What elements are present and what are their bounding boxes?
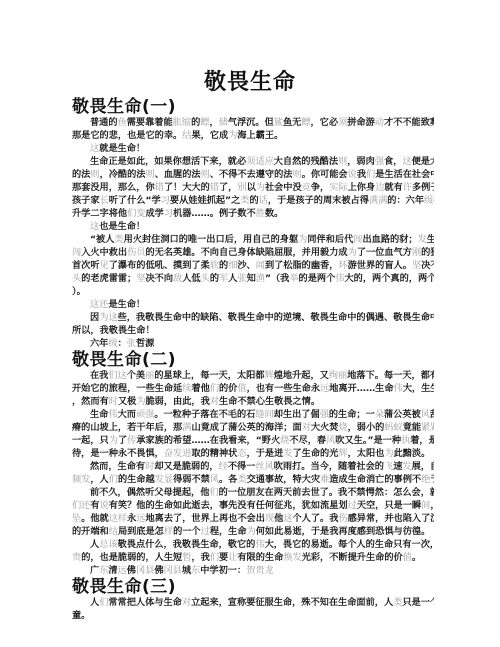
text-line: 这还是生命！ [90, 299, 434, 311]
text: 所以，我敬畏生命！ [72, 325, 155, 336]
light-text: 错 [210, 182, 219, 193]
text: 造成生命消亡的事例不 [329, 474, 421, 485]
section-heading: 敬畏生命(一) [72, 97, 176, 117]
light-text: 伤 [338, 513, 347, 524]
text: 。你可能会 [302, 169, 348, 180]
light-text: 经 [219, 461, 228, 472]
light-text: 这样 [109, 513, 127, 524]
light-text: 伤员 [127, 247, 145, 258]
light-text: 对 [182, 597, 191, 608]
text: 大，畏它的易逝。每个人的生命只有一次，生命是宝 [265, 539, 434, 550]
light-text: 对 [302, 422, 311, 433]
text-line: 开始它的旅程，一些生命延续着他们的价值，也有一些生命永远地离开……生命伟大，生生… [72, 383, 434, 395]
text: ，太阳也 [348, 448, 385, 459]
text: 我 [357, 169, 366, 180]
light-text: 为 [228, 130, 237, 141]
light-text: 见 [100, 260, 109, 271]
text: 立起来，宣称要征服生命，殊不知在生命面前，人 [191, 597, 393, 608]
light-text: 频发 [72, 474, 90, 485]
text: 上你身 [348, 182, 376, 193]
light-text: 缝间 [255, 409, 273, 420]
text: 何如此易逝，于是我再度感到恐惧与彷徨。 [256, 526, 431, 537]
light-text: 样 [164, 526, 173, 537]
text: 竟能 [403, 422, 421, 433]
light-text: 这 [90, 143, 99, 154]
light-text: 伟 [394, 383, 403, 394]
text: 用火封住洞口的唯一出口后，用自己的身躯 [124, 234, 299, 245]
text: 也是生命！ [99, 221, 145, 232]
text: 的星球上，每一天，太阳都 [154, 370, 264, 381]
text: 争， [311, 182, 329, 193]
text: 不用 [433, 195, 434, 206]
light-text: 则 [146, 169, 155, 180]
text: 人低 [182, 273, 200, 284]
light-text: 丝风 [255, 461, 273, 472]
text: 的 [210, 273, 219, 284]
text: ）。 [72, 286, 86, 297]
light-text: 丽 [145, 370, 154, 381]
text: 生火灾 [427, 234, 434, 245]
text: 首次听 [72, 260, 100, 271]
text: ，弱肉 [347, 156, 375, 167]
text: 。各 [219, 474, 237, 485]
text: 前不久，偶然听父母提起，他 [90, 487, 209, 498]
light-text: 过 [348, 500, 357, 511]
text: 哲源 [136, 338, 154, 349]
text: 速 [393, 461, 402, 472]
text: 城 [182, 565, 191, 576]
text: 是生活在社会中，大自然 [375, 169, 434, 180]
light-text: 焕发 [283, 552, 301, 563]
text: 生命不禁心生敬畏之情。 [219, 396, 320, 407]
light-text: 风 [210, 474, 219, 485]
section-heading: 敬畏生命(三) [72, 577, 176, 597]
text: 气浮沉。但 [228, 117, 274, 128]
light-text: 说 [100, 500, 109, 511]
text: ，也有一些生命永 [247, 383, 321, 394]
text: 一起，只 [72, 435, 109, 446]
light-text: 结 [109, 526, 118, 537]
light-text: 军 [219, 273, 228, 284]
light-text: 头 [201, 273, 210, 284]
text: 的是两个 [299, 273, 336, 284]
text: 因 [90, 312, 99, 323]
light-text: 朵 [375, 409, 384, 420]
text: 些，我敬畏生命中的缺陷、敬畏生命中的逆境、敬畏生命中的偶遇、敬畏生命中的一切。 [118, 312, 434, 323]
text: 决不向 [146, 273, 174, 284]
text-line: 在我们这个美丽的星球上，每一天，太阳都辉煌地升起，又绚丽地落下。每一天，都有一些… [90, 370, 434, 382]
text-line: 频发，人们的生命越发显得弱不禁风。各类交通事故，特大灾难造成生命消亡的事例不绝于… [72, 474, 434, 486]
text: 的法 [72, 169, 90, 180]
light-text: 们这 [108, 370, 126, 381]
text: 取的精神状 [191, 448, 237, 459]
light-text: 值 [403, 552, 412, 563]
text-line: 这也是生命！ [90, 221, 434, 233]
light-text: 举 [289, 273, 298, 284]
light-text: 难 [320, 474, 329, 485]
text: 沙、 [237, 260, 255, 271]
text: 入火中救出 [81, 247, 127, 258]
light-text: 们 [210, 552, 219, 563]
light-text: 绚丽 [329, 370, 347, 381]
text: 得弱不禁 [173, 474, 210, 485]
light-text: 竞 [302, 182, 311, 193]
text: 便是大自然 [412, 156, 434, 167]
light-text: 说 [348, 169, 357, 180]
text: 天空，只是一瞬 [357, 500, 421, 511]
text-line: 所以，我敬畏生命！ [72, 325, 434, 337]
light-text: 烧 [280, 435, 289, 446]
light-text: 话 [259, 195, 268, 206]
text: 生命正是如此，如果你想活下来，就必 [90, 156, 246, 167]
text: 永 [127, 513, 136, 524]
text: 童。 [72, 610, 90, 621]
text-line: 广东清远佛冈县佛冈县城东中学初一：贺贵龙 [90, 565, 434, 577]
text: 清 [108, 565, 117, 576]
text-line: 孩子家长听了什么“学习要从娃娃抓起”之类的话，于是孩子的周末被占得满满的：六年级… [72, 195, 434, 207]
text: 山竟成了蒲公英的海洋；面 [191, 422, 301, 433]
text: 多例子：三年 [412, 182, 434, 193]
light-text: 东 [99, 565, 108, 576]
light-text: 现 [265, 513, 274, 524]
text: 就有 [384, 182, 402, 193]
text: 交通事故，特大灾 [247, 474, 321, 485]
text: 大，生生不息 [403, 383, 434, 394]
text: 不尽，春 [289, 435, 326, 446]
light-text: 伟 [108, 409, 117, 420]
light-text: 风 [326, 435, 335, 446]
text: 那套没用，那么，你 [72, 182, 155, 193]
text: 拼命游 [347, 117, 375, 128]
text: 的独王；一位 [421, 247, 434, 258]
light-text: 鲨 [274, 117, 283, 128]
text: 的价 [219, 383, 237, 394]
text: 游世界的盲人。 [348, 260, 412, 271]
text-line: 们还有说有笑？他的生命如此逝去，事先没有任何征兆，犹如流星划过天空，只是一瞬间，… [72, 500, 434, 512]
light-text: 动 [375, 117, 384, 128]
section-heading: 敬畏生命(二) [72, 350, 176, 370]
text: 的：六年 [387, 195, 424, 206]
text: 需要靠着能 [127, 117, 173, 128]
text: 要从娃娃抓起”之 [170, 195, 240, 206]
light-text: 们 [210, 383, 219, 394]
light-text: 为 [384, 448, 393, 459]
light-text: 总该 [99, 539, 117, 550]
text: 才不不能致葬身大海， [384, 117, 434, 128]
text: 成学 [146, 208, 164, 219]
light-text: 为 [256, 182, 265, 193]
text: 就是生命！ [99, 143, 145, 154]
text: 了！大大的 [164, 182, 210, 193]
light-text: 许 [403, 182, 412, 193]
text: 有笑？他的生命如此逝去，事先没有任何征兆，犹如流星划 [109, 500, 348, 511]
text: 到了松脂的幽香， [265, 260, 339, 271]
light-text: 风 [421, 409, 430, 420]
text: 的一个 [173, 526, 201, 537]
text: 的 [219, 260, 228, 271]
light-text: 这 [283, 513, 292, 524]
light-text: 敌 [173, 273, 182, 284]
text: 吹雨打。当今，随着社会的 [274, 461, 384, 472]
text: 那是它的悲，也是它的幸。 [72, 130, 182, 141]
light-text: 张 [127, 338, 136, 349]
light-text: 闯 [72, 247, 81, 258]
light-text: 远 [118, 565, 127, 576]
text: ，弱小的 [348, 422, 385, 433]
text: 。他就 [81, 513, 109, 524]
light-text: 对 [210, 396, 219, 407]
light-text: 顽强 [136, 409, 154, 420]
light-text: 执 [401, 435, 410, 446]
text-line: 闯入火中救出伤员的无名英雄。不向自己身体缺陷屈服，并用毅力成为了一位血气方刚的独… [72, 247, 434, 259]
light-text: 坚 [412, 260, 421, 271]
text-line: 人们常常把人体与生命对立起来，宣称要征服生命，殊不知在生命面前，人类只是一个幼稚… [90, 597, 434, 609]
light-text: 储 [219, 117, 228, 128]
text-line: 童。 [72, 610, 434, 622]
light-text: 鳔 [301, 117, 310, 128]
text: 瘠的山坡上，若干年后，那 [72, 422, 182, 433]
text: “被人 [90, 234, 114, 245]
light-text: 强 [320, 409, 329, 420]
light-text: 发 [418, 234, 427, 245]
light-text: 冈县 [136, 565, 154, 576]
light-text: 间 [421, 500, 430, 511]
text: 又极 [118, 396, 136, 407]
text: 常常把人体与生命 [108, 597, 182, 608]
text: 待，是一种永不畏惧， [72, 448, 164, 459]
text: 决不向人 [421, 260, 434, 271]
light-text: 们 [366, 169, 375, 180]
text: 然而，生命有 [90, 461, 145, 472]
text: 吹又生。”是一种 [335, 435, 401, 446]
text: 于耳。 [430, 474, 434, 485]
text: 人 [90, 539, 99, 550]
light-text: 级 [108, 338, 117, 349]
light-text: 习 [161, 195, 170, 206]
text: 只是一个幼稚的孩 [402, 597, 434, 608]
text-line: 人总该敬畏点什么，我敬畏生命，敬它的伟大，畏它的易逝。每个人的生命只有一次，生命… [90, 539, 434, 551]
light-text: 这还 [90, 299, 108, 310]
light-text: 张 [237, 273, 246, 284]
text-line: 升学二字将他们变成学习机器……。例子数不胜数。 [72, 208, 434, 220]
text: ”（我 [265, 273, 289, 284]
text: 大火焚 [311, 422, 339, 433]
text-line: 的法则，冷酷的法则、血腥的法则、不得不去遵守的法则。你可能会说我们是生活在社会中… [72, 169, 434, 181]
light-text: 边 [375, 182, 384, 193]
text: 孩子家 [72, 195, 100, 206]
text: 同伴和后代 [307, 234, 353, 245]
light-text: 闻 [256, 260, 265, 271]
light-text: 让 [228, 552, 237, 563]
text: 感异常，并也陷入了沉思，生命 [348, 513, 434, 524]
text-line: ，然而有时又极为脆弱，由此，我对生命不禁心生敬畏之情。 [72, 396, 434, 408]
light-text: 强 [375, 156, 384, 167]
text: 光彩，不断提升生命的价 [302, 552, 403, 563]
light-text: 们 [209, 487, 218, 498]
light-text: 满满 [369, 195, 387, 206]
light-text: 值 [237, 383, 246, 394]
text-line: 普通的鱼需要靠着能胀缩的鳔，储气浮沉。但鲨鱼无鳔，它必须拼命游动才不不能致葬身大… [90, 117, 434, 129]
light-text: 紧紧 [421, 422, 434, 433]
text: 听了什么“学 [109, 195, 161, 206]
text: 他 [274, 513, 283, 524]
text-line: ）。 [72, 286, 434, 298]
light-text: 烧 [338, 422, 347, 433]
text: 食， [384, 156, 402, 167]
text: ，我 [191, 552, 209, 563]
light-text: 实际 [329, 182, 347, 193]
light-text: 须适应 [246, 156, 274, 167]
text-line: 头的老虎雷雷；坚决不向敌人低头的军人张知渔”（我举的是两个伟大的，两个真的，两个… [72, 273, 434, 285]
text: 个美 [127, 370, 145, 381]
light-text: 奋发进 [164, 448, 192, 459]
light-text: 冈县 [164, 565, 182, 576]
text: 佛 [154, 565, 163, 576]
text-line: 因为这些，我敬畏生命中的缺陷、敬畏生命中的逆境、敬畏生命中的偶遇、敬畏生命中的一… [90, 312, 434, 324]
text-line: 生命伟大而顽强。一粒种子落在不毛的石缝间却生出了倔强的生命；一朵蒲公英被风刮到一… [90, 409, 434, 421]
text-line: 那套没用，那么，你错了！大大的错了，别以为社会中没竞争，实际上你身边就有许多例子… [72, 182, 434, 194]
text: 广 [90, 565, 99, 576]
text: 煌地升起，又 [274, 370, 329, 381]
light-text: 环 [338, 260, 347, 271]
light-text: 们还 [72, 500, 90, 511]
text: 。一粒种子落在不毛的石 [154, 409, 255, 420]
text-line: 然而，生命有时却又是脆弱的，经不得一丝风吹雨打。当今，随着社会的飞速发展，自然灾… [90, 461, 434, 473]
text: 敬畏点什么，我敬畏生命，敬它的 [118, 539, 256, 550]
text: 有限的生命 [237, 552, 283, 563]
text: 大的，两个真的，两个 [344, 273, 434, 284]
text: 生命 [90, 409, 108, 420]
text-line: 这就是生命！ [90, 143, 434, 155]
text-line: 生命正是如此，如果你想活下来，就必须适应大自然的残酷法则，弱肉强食，这便是大自然… [90, 156, 434, 168]
light-text: 错 [155, 182, 164, 193]
light-text: 远 [320, 383, 329, 394]
text: 开始它的旅程，一些生命延 [72, 383, 182, 394]
text: 了一位血气方 [357, 247, 412, 258]
light-text: 发 [402, 461, 411, 472]
text-line: “被人类用火封住洞口的唯一出口后，用自己的身躯为同伴和后代闯出血路的豺；发生火灾… [90, 234, 434, 246]
text: 人 [228, 273, 237, 284]
text-line: 前不久，偶然听父母提起，他们的一位朋友在两天前去世了。我不禁愕然：怎么会，就在几… [90, 487, 434, 499]
text: 的生命；一 [329, 409, 375, 420]
text: 在我 [90, 370, 108, 381]
text: 鱼无 [283, 117, 301, 128]
text: 却又是脆弱的， [154, 461, 218, 472]
text: 却生出了倔 [274, 409, 320, 420]
light-text: 东 [191, 565, 200, 576]
text: 的 [191, 117, 200, 128]
text: 的无名英雄。不向自己身体缺陷屈服，并用毅力成 [146, 247, 348, 258]
text: 地离去了，世界上再也不会出 [146, 513, 265, 524]
text: ，它必 [311, 117, 339, 128]
text: 中学初一： [200, 565, 246, 576]
text: ： [118, 338, 127, 349]
light-text: 远 [136, 513, 145, 524]
light-text: 发显 [155, 474, 173, 485]
text: ，便永 [430, 500, 434, 511]
text: 了瀑布的低吼、摸到了柔 [109, 260, 210, 271]
light-text: 传 [127, 435, 136, 446]
text-line: 的开端和结局到底是怎样的一个过程，生命为何如此易逝，于是我再度感到恐惧与彷徨。 [72, 526, 434, 538]
text: 的，也是脆弱的，人生短 [81, 552, 182, 563]
light-text: 们 [109, 474, 118, 485]
light-text: 渔 [256, 273, 265, 284]
light-text: 长 [100, 195, 109, 206]
light-text: 过 [201, 526, 210, 537]
light-text: 胀缩 [173, 117, 191, 128]
text: 、不得不去遵守的法 [210, 169, 293, 180]
light-text: 则 [90, 169, 99, 180]
light-text: 则 [293, 169, 302, 180]
text: 数。 [265, 208, 283, 219]
light-text: 伟 [255, 539, 264, 550]
light-text: 头 [72, 273, 81, 284]
light-text: 坚 [136, 273, 145, 284]
text-line: 待，是一种永不畏惧，奋发进取的精神状态，于是迸发了生命的光辉，太阳也为此黯淡。 [72, 448, 434, 460]
text: 有 [90, 500, 99, 511]
text-line: 首次听见了瀑布的低吼、摸到了柔软的细沙、闻到了松脂的幽香，环游世界的盲人。坚决不… [72, 260, 434, 272]
text: 局到底是怎 [118, 526, 164, 537]
text: 蒲公英被 [384, 409, 421, 420]
light-text: 细 [228, 260, 237, 271]
light-text: 时 [109, 396, 118, 407]
text: 了， [219, 182, 237, 193]
text: 此黯淡。 [394, 448, 431, 459]
text: 程，生命 [210, 526, 247, 537]
text: 佛 [127, 565, 136, 576]
text-line: 贵的，也是脆弱的，人生短暂，我们要让有限的生命焕发光彩，不断提升生命的价值。 [72, 552, 434, 564]
light-text: 绝 [421, 474, 430, 485]
light-text: 时 [145, 461, 154, 472]
text: ，冷酷的法 [100, 169, 146, 180]
text: 普通的 [90, 117, 118, 128]
text: 的一位朋友在两天前去世了。我不禁愕然：怎么会，就在几天前我 [219, 487, 434, 498]
light-text: 辉 [338, 448, 347, 459]
text: 海上霸王。 [237, 130, 283, 141]
light-text: 们 [99, 597, 108, 608]
text: 着他 [191, 383, 209, 394]
light-text: 贺贵龙 [246, 565, 274, 576]
light-text: 类 [114, 234, 123, 245]
text: 是生命！ [108, 299, 145, 310]
text: 个人了。我 [293, 513, 339, 524]
text: 、血腥的法 [155, 169, 201, 180]
light-text: 态 [237, 448, 246, 459]
light-text: 坠 [72, 513, 81, 524]
text: 。 [412, 552, 421, 563]
text: 展，自然灾害的 [412, 461, 434, 472]
light-text: 为这 [99, 312, 117, 323]
text: 刮到一 [430, 409, 434, 420]
text: 果，它成 [191, 130, 228, 141]
text-line: 那是它的悲，也是它的幸。结果，它成为海上霸王。 [72, 130, 434, 142]
light-text: 类 [237, 474, 246, 485]
text: 大自然的残酷法 [274, 156, 338, 167]
text: 不得一 [228, 461, 256, 472]
text: 以 [247, 182, 256, 193]
light-text: 类 [393, 597, 402, 608]
text: 地离开……生命 [329, 383, 393, 394]
light-text: 别 [237, 182, 246, 193]
text-line: 六年级：张哲源 [90, 338, 434, 350]
light-text: 刚 [412, 247, 421, 258]
light-text: 为 [136, 396, 145, 407]
light-text: 则 [201, 169, 210, 180]
light-text: 飞 [384, 461, 393, 472]
text: ，于是孩子的周末被占得 [268, 195, 369, 206]
light-text: 贵 [72, 552, 81, 563]
text: ， [209, 117, 218, 128]
